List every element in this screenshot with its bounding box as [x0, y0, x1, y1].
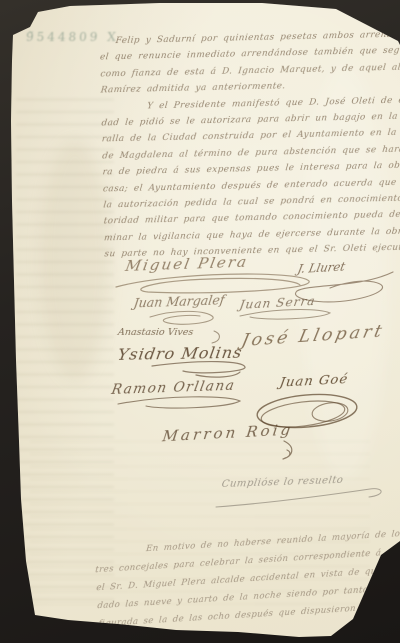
signature-j-lluret: J. Lluret — [296, 260, 346, 276]
signature-anastasio-vives: Anastasio Vives — [117, 327, 194, 338]
body-text: Felip y Sadurní por quinientas pesetas a… — [99, 27, 400, 263]
signature-ramon-orllana: Ramon Orllana — [110, 378, 237, 398]
rubric-margalef — [150, 311, 213, 324]
underline-molins — [152, 362, 245, 378]
manuscript-scan: 9̃544809 X Felip y Sadurní por quinienta… — [0, 0, 400, 643]
tail-vives — [212, 331, 219, 343]
signature-juan-margalef: Juan Margalef — [133, 292, 226, 310]
closing-text: En motivo de no haberse reunido la mayor… — [94, 525, 400, 633]
rubric-miguel — [116, 274, 309, 293]
signature-ysidro-molins: Ysidro Molins — [116, 343, 244, 364]
underline-orllana — [118, 397, 240, 408]
signature-miguel-plera: Miguel Plera — [124, 253, 250, 275]
paper-sheet: 9̃544809 X Felip y Sadurní por quinienta… — [0, 0, 400, 643]
